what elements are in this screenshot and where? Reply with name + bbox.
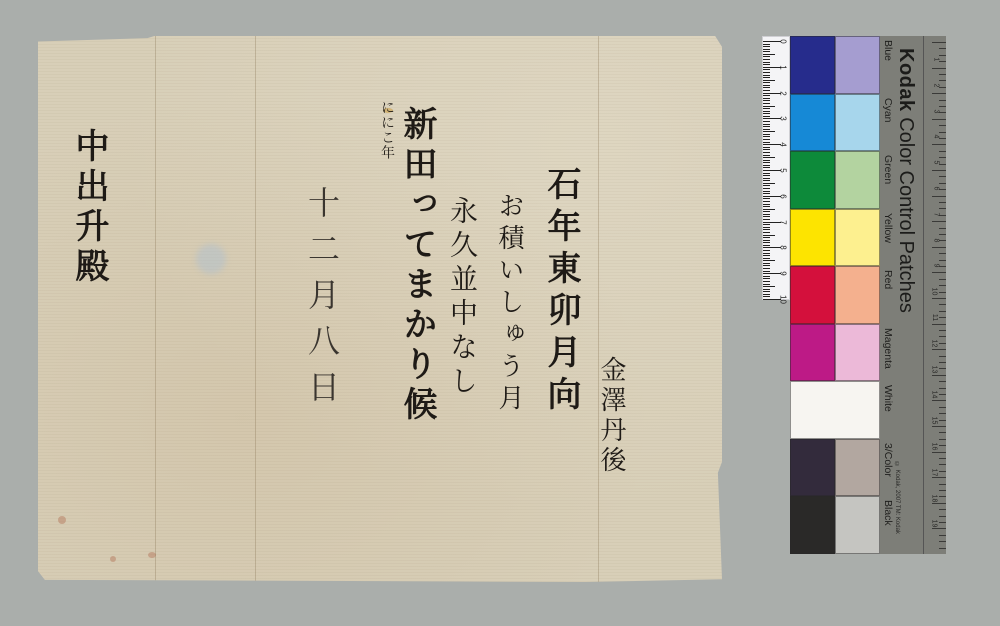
- ruler-tick: [763, 294, 770, 295]
- letter-line-1: 石年東卯月向: [544, 166, 578, 418]
- ruler-tick: [763, 291, 770, 292]
- patch-yellow-dark: [790, 209, 835, 267]
- ruler-tick: [763, 173, 770, 174]
- ruler-tick: [763, 178, 770, 179]
- ruler-tick: [763, 276, 770, 277]
- scale-tick: [939, 317, 946, 318]
- scale-tick: [939, 388, 946, 389]
- scale-label: 18: [931, 494, 938, 502]
- ruler-tick: [763, 242, 770, 243]
- ruler-tick: [763, 198, 770, 199]
- ruler-tick: [763, 219, 770, 220]
- ruler-tick: [763, 211, 770, 212]
- scale-tick: [939, 458, 946, 459]
- ruler-tick: [763, 87, 770, 88]
- ruler-tick: [763, 227, 770, 228]
- patch-magenta-dark: [790, 324, 835, 382]
- ruler-tick: [763, 237, 770, 238]
- ruler-tick: [763, 180, 770, 181]
- scale-tick: [932, 170, 946, 171]
- ruler-tick: [763, 103, 770, 104]
- foxing-stain: [110, 556, 116, 562]
- ruler-tick: [763, 54, 775, 55]
- ruler-tick: [763, 263, 770, 264]
- scale-label: 14: [931, 391, 938, 399]
- ruler-tick: [763, 106, 775, 107]
- era-note: ににこ年: [380, 100, 394, 160]
- scale-tick: [939, 432, 946, 433]
- ruler-tick: [763, 126, 770, 127]
- scale-tick: [939, 439, 946, 440]
- scale-label: 16: [931, 443, 938, 451]
- ruler-tick: [763, 240, 770, 241]
- scale-tick: [939, 234, 946, 235]
- scale-tick: [939, 55, 946, 56]
- scale-label: 4: [933, 135, 940, 139]
- ruler-tick: [763, 108, 770, 109]
- letter-line-3: 永久並中なし: [448, 196, 476, 400]
- foxing-stain: [148, 552, 156, 558]
- scale-tick: [932, 349, 946, 350]
- patch-label: Red: [882, 270, 894, 289]
- scale-tick: [932, 93, 946, 94]
- ruler-tick: [763, 90, 770, 91]
- scale-tick: [939, 292, 946, 293]
- foxing-stain: [266, 581, 272, 589]
- ruler-tick: [763, 296, 770, 297]
- ruler-label: 4: [779, 140, 788, 150]
- patch-label: Cyan: [882, 98, 894, 123]
- ruler-tick: [763, 152, 770, 153]
- kodak-color-control-strip: Kodak Color Control Patches BlueCyanGree…: [880, 36, 946, 554]
- patch-cyan-light: [835, 94, 880, 152]
- scale-tick: [939, 394, 946, 395]
- ruler-tick: [763, 131, 775, 132]
- ruler-tick: [763, 278, 770, 279]
- scale-tick: [939, 285, 946, 286]
- ruler-label: 2: [779, 88, 788, 98]
- patch-label: 3/Color: [882, 443, 894, 477]
- ruler-tick: [763, 165, 770, 166]
- ruler-tick: [763, 69, 770, 70]
- scale-tick: [939, 151, 946, 152]
- scale-tick: [939, 548, 946, 549]
- ruler-tick: [763, 72, 770, 73]
- scale-tick: [939, 208, 946, 209]
- ruler-label: 0: [779, 37, 788, 47]
- ruler-tick: [763, 149, 770, 150]
- scale-tick: [932, 375, 946, 376]
- ruler-label: 10: [779, 295, 788, 305]
- ruler-tick: [763, 284, 770, 285]
- scale-label: 19: [931, 520, 938, 528]
- patch-3-color-light: [835, 439, 880, 497]
- ruler-label: 7: [779, 217, 788, 227]
- kodak-copyright: © Kodak, 2007 TM: Kodak: [894, 462, 900, 534]
- letter-line-4: 新田ってまかり候: [400, 106, 434, 426]
- scale-tick: [939, 202, 946, 203]
- scale-tick: [939, 112, 946, 113]
- scale-tick: [932, 221, 946, 222]
- scale-label: 8: [933, 238, 940, 242]
- patch-label: Green: [882, 155, 894, 184]
- ruler-tick: [763, 111, 770, 112]
- scale-label: 15: [931, 417, 938, 425]
- ruler-label: 8: [779, 243, 788, 253]
- scale-tick: [939, 496, 946, 497]
- scale-tick: [932, 452, 946, 453]
- ruler-tick: [763, 185, 770, 186]
- ruler-tick: [763, 139, 770, 140]
- ruler-tick: [763, 253, 770, 254]
- scale-tick: [932, 298, 946, 299]
- ruler-tick: [763, 167, 770, 168]
- addressee-name: 中出升殿: [72, 128, 106, 288]
- scale-tick: [939, 535, 946, 536]
- scale-tick: [939, 138, 946, 139]
- scale-tick: [932, 400, 946, 401]
- ruler-tick: [763, 175, 770, 176]
- patch-green-dark: [790, 151, 835, 209]
- patch-label: Yellow: [882, 213, 894, 243]
- scale-tick: [939, 157, 946, 158]
- scale-tick: [939, 471, 946, 472]
- scale-tick: [939, 516, 946, 517]
- patch-black-light: [835, 496, 880, 554]
- ruler-tick: [763, 250, 770, 251]
- ruler-tick: [763, 268, 770, 269]
- scale-label: 11: [931, 314, 938, 321]
- fold-line: [155, 36, 156, 582]
- ruler-tick: [763, 255, 770, 256]
- ruler-tick: [763, 80, 775, 81]
- scale-label: 3: [933, 109, 940, 113]
- scale-tick: [932, 196, 946, 197]
- scale-tick: [939, 176, 946, 177]
- patch-red-dark: [790, 266, 835, 324]
- patch-cyan-dark: [790, 94, 835, 152]
- sender-signature: 金澤丹後: [598, 356, 624, 476]
- kodak-title: Kodak Color Control Patches: [894, 48, 917, 313]
- patch-blue-light: [835, 36, 880, 94]
- ruler-tick: [763, 116, 770, 117]
- ruler-tick: [763, 265, 770, 266]
- ink-stain: [196, 244, 226, 274]
- gray-scale-ruler: 12345678910111213141516171819: [923, 36, 946, 554]
- scale-tick: [939, 522, 946, 523]
- ruler-tick: [763, 286, 775, 287]
- ruler-tick: [763, 95, 770, 96]
- ruler-tick: [763, 113, 770, 114]
- scale-tick: [932, 42, 946, 43]
- scale-tick: [939, 183, 946, 184]
- scale-tick: [939, 509, 946, 510]
- ruler-label: 5: [779, 166, 788, 176]
- patch-label: Blue: [882, 40, 894, 61]
- ruler-tick: [763, 232, 770, 233]
- ruler-tick: [763, 46, 770, 47]
- ruler-tick: [763, 281, 770, 282]
- ruler-tick: [763, 121, 770, 122]
- scale-label: 9: [933, 264, 940, 268]
- ruler-tick: [763, 44, 770, 45]
- scale-tick: [932, 426, 946, 427]
- scale-tick: [939, 336, 946, 337]
- ruler-tick: [763, 289, 770, 290]
- scale-tick: [939, 164, 946, 165]
- ruler-tick: [763, 77, 770, 78]
- scale-tick: [939, 356, 946, 357]
- ruler-tick: [763, 260, 775, 261]
- ruler-tick: [763, 85, 770, 86]
- scale-tick: [939, 87, 946, 88]
- scale-label: 2: [933, 83, 940, 87]
- scale-tick: [939, 215, 946, 216]
- scale-tick: [939, 381, 946, 382]
- ruler-tick: [763, 235, 775, 236]
- scale-tick: [939, 330, 946, 331]
- foxing-stain: [58, 516, 66, 524]
- kodak-brand: Kodak: [895, 48, 917, 112]
- patch-red-light: [835, 266, 880, 324]
- scale-tick: [932, 272, 946, 273]
- ruler-tick: [763, 160, 770, 161]
- patch-label: Black: [882, 500, 894, 526]
- ruler-tick: [763, 157, 775, 158]
- scale-tick: [939, 266, 946, 267]
- ruler-tick: [763, 100, 770, 101]
- letter-line-2: お積いしゅう月: [496, 192, 522, 416]
- fold-line: [598, 36, 599, 582]
- ruler-tick: [763, 204, 770, 205]
- scale-tick: [939, 420, 946, 421]
- ruler-tick: [763, 188, 770, 189]
- ruler-tick: [763, 59, 770, 60]
- scale-tick: [939, 413, 946, 414]
- ruler-tick: [763, 64, 770, 65]
- scale-tick: [939, 240, 946, 241]
- scale-tick: [939, 541, 946, 542]
- ruler-tick: [763, 224, 770, 225]
- patch-label: White: [882, 385, 894, 412]
- ruler-tick: [763, 216, 770, 217]
- ruler-tick: [763, 136, 770, 137]
- scale-tick: [932, 324, 946, 325]
- scale-tick: [932, 144, 946, 145]
- scale-tick: [939, 189, 946, 190]
- scale-tick: [939, 61, 946, 62]
- scale-tick: [932, 528, 946, 529]
- ruler-tick: [763, 155, 770, 156]
- letter-date: 十二月八日: [306, 186, 338, 416]
- scale-tick: [932, 119, 946, 120]
- fold-line: [255, 36, 256, 582]
- ruler-tick: [763, 124, 770, 125]
- ruler-tick: [763, 134, 770, 135]
- scale-tick: [939, 125, 946, 126]
- letter-paper: 金澤丹後 石年東卯月向 お積いしゅう月 永久並中なし 新田ってまかり候 ににこ年…: [38, 36, 722, 582]
- scale-tick: [939, 407, 946, 408]
- scale-label: 1: [933, 58, 940, 62]
- scale-label: 7: [933, 212, 940, 216]
- scale-label: 13: [931, 365, 938, 373]
- ruler-label: 9: [779, 269, 788, 279]
- ruler-label: 3: [779, 114, 788, 124]
- ruler-label: 6: [779, 191, 788, 201]
- patch-3-color-dark: [790, 439, 835, 497]
- ruler-tick: [763, 258, 770, 259]
- scale-tick: [939, 368, 946, 369]
- ruler-tick: [763, 75, 770, 76]
- ruler-tick: [763, 129, 770, 130]
- scale-tick: [932, 503, 946, 504]
- scale-tick: [939, 132, 946, 133]
- scale-tick: [939, 311, 946, 312]
- ruler-tick: [763, 271, 770, 272]
- patch-magenta-light: [835, 324, 880, 382]
- scale-tick: [939, 464, 946, 465]
- ruler-tick: [763, 142, 770, 143]
- scale-tick: [939, 279, 946, 280]
- scale-tick: [939, 260, 946, 261]
- ruler-tick: [763, 191, 770, 192]
- scale-tick: [939, 80, 946, 81]
- scale-label: 17: [931, 468, 938, 476]
- scale-tick: [939, 100, 946, 101]
- ruler-tick: [763, 214, 770, 215]
- scale-tick: [939, 253, 946, 254]
- scale-tick: [939, 48, 946, 49]
- scale-label: 5: [933, 161, 940, 165]
- ruler-tick: [763, 147, 770, 148]
- scale-tick: [939, 228, 946, 229]
- scale-label: 12: [931, 339, 938, 347]
- ruler-tick: [763, 49, 770, 50]
- scale-tick: [932, 68, 946, 69]
- scale-label: 6: [933, 187, 940, 191]
- scale-tick: [939, 343, 946, 344]
- patch-green-light: [835, 151, 880, 209]
- patch-blue-dark: [790, 36, 835, 94]
- ruler-tick: [763, 245, 770, 246]
- scale-tick: [939, 484, 946, 485]
- scale-tick: [939, 106, 946, 107]
- scale-tick: [939, 362, 946, 363]
- scale-tick: [939, 304, 946, 305]
- ruler-tick: [763, 51, 770, 52]
- scale-label: 10: [931, 288, 938, 296]
- scale-tick: [939, 445, 946, 446]
- patch-black-dark: [790, 496, 835, 554]
- scale-tick: [932, 477, 946, 478]
- scale-tick: [939, 490, 946, 491]
- patch-white: [790, 381, 880, 439]
- ruler-tick: [763, 209, 775, 210]
- patch-yellow-light: [835, 209, 880, 267]
- ruler-tick: [763, 206, 770, 207]
- patch-label: Magenta: [882, 328, 894, 369]
- cm-ruler: 012345678910: [762, 36, 790, 300]
- ruler-tick: [763, 229, 770, 230]
- ruler-tick: [763, 162, 770, 163]
- ruler-tick: [763, 62, 770, 63]
- ruler-tick: [763, 56, 770, 57]
- kodak-subtitle: Color Control Patches: [895, 117, 917, 313]
- ruler-tick: [763, 98, 770, 99]
- ruler-tick: [763, 82, 770, 83]
- ruler-tick: [763, 201, 770, 202]
- scale-tick: [939, 74, 946, 75]
- ruler-label: 1: [779, 62, 788, 72]
- ruler-tick: [763, 183, 775, 184]
- scale-tick: [932, 247, 946, 248]
- ruler-tick: [763, 193, 770, 194]
